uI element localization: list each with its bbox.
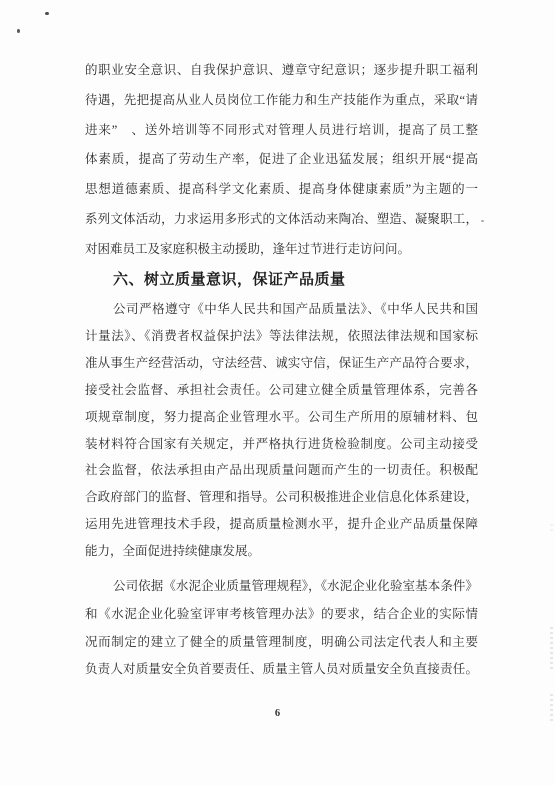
text-line: 待遇，先把提高从业人员岗位工作能力和生产技能作为重点，采取“请 <box>85 86 478 116</box>
text-line: 和《水泥企业化验室评审考核管理办法》的要求，结合企业的实际情 <box>85 601 478 629</box>
text-line: 公司严格遵守《中华人民共和国产品质量法》、《中华人民共和国 <box>85 296 478 323</box>
text-line: 的职业安全意识、自我保护意识、遵章守纪意识；逐步提升职工福利 <box>85 56 478 86</box>
text-line: 公司依据《水泥企业质量管理规程》，《水泥企业化验室基本条件》 <box>85 573 478 601</box>
text-line: 社会监督，依法承担由产品出现质量问题而产生的一切责任。积极配 <box>85 457 478 484</box>
text-line: 计量法》、《消费者权益保护法》等法律法规，依照法律法规和国家标 <box>85 323 478 350</box>
text-line: 装材料符合国家有关规定，并严格执行进货检验制度。公司主动接受 <box>85 431 478 458</box>
text-line: 进来” 、送外培训等不同形式对管理人员进行培训，提高了员工整 <box>85 116 478 146</box>
paragraph-continuation: 的职业安全意识、自我保护意识、遵章守纪意识；逐步提升职工福利 待遇，先把提高从业… <box>85 56 478 265</box>
text-line: 接受社会监督、承担社会责任。公司建立健全质量管理体系，完善各 <box>85 377 478 404</box>
text-line: 体素质，提高了劳动生产率，促进了企业迅猛发展；组织开展“提高 <box>85 145 478 175</box>
text-line: 准从事生产经营活动，守法经营、诚实守信，保证生产产品符合要求， <box>85 350 478 377</box>
text-line: 运用先进管理技术手段，提高质量检测水平，提升企业产品质量保障 <box>85 511 478 538</box>
scan-speck <box>45 12 49 15</box>
text-line: 系列文体活动，力求运用多形式的文体活动来陶冶、塑造、凝聚职工， <box>85 205 478 235</box>
paragraph-quality-compliance: 公司严格遵守《中华人民共和国产品质量法》、《中华人民共和国 计量法》、《消费者权… <box>85 296 478 565</box>
page-number: 6 <box>0 707 555 721</box>
scan-speck <box>17 29 20 33</box>
text-line: 思想道德素质、提高科学文化素质、提高身体健康素质”为主题的一 <box>85 175 478 205</box>
page-bleed-mark <box>550 627 553 669</box>
scan-speck <box>481 220 484 222</box>
text-line: 项规章制度，努力提高企业管理水平。公司生产所用的原辅材料、包 <box>85 404 478 431</box>
page-bleed-mark <box>550 524 553 534</box>
section-heading: 六、树立质量意识，保证产品质量 <box>85 267 478 294</box>
text-line: 能力，全面促进持续健康发展。 <box>85 538 478 565</box>
text-line: 负责人对质量安全负首要责任、质量主管人员对质量安全负直接责任。 <box>85 656 478 684</box>
text-line: 况而制定的建立了健全的质量管理制度，明确公司法定代表人和主要 <box>85 629 478 657</box>
text-line: 对困难员工及家庭积极主动援助，逢年过节进行走访问问。 <box>85 235 478 265</box>
text-line: 合政府部门的监督、管理和指导。公司积极推进企业信息化体系建设， <box>85 484 478 511</box>
paragraph-quality-system: 公司依据《水泥企业质量管理规程》，《水泥企业化验室基本条件》 和《水泥企业化验室… <box>85 573 478 684</box>
document-page: 的职业安全意识、自我保护意识、遵章守纪意识；逐步提升职工福利 待遇，先把提高从业… <box>0 0 555 785</box>
